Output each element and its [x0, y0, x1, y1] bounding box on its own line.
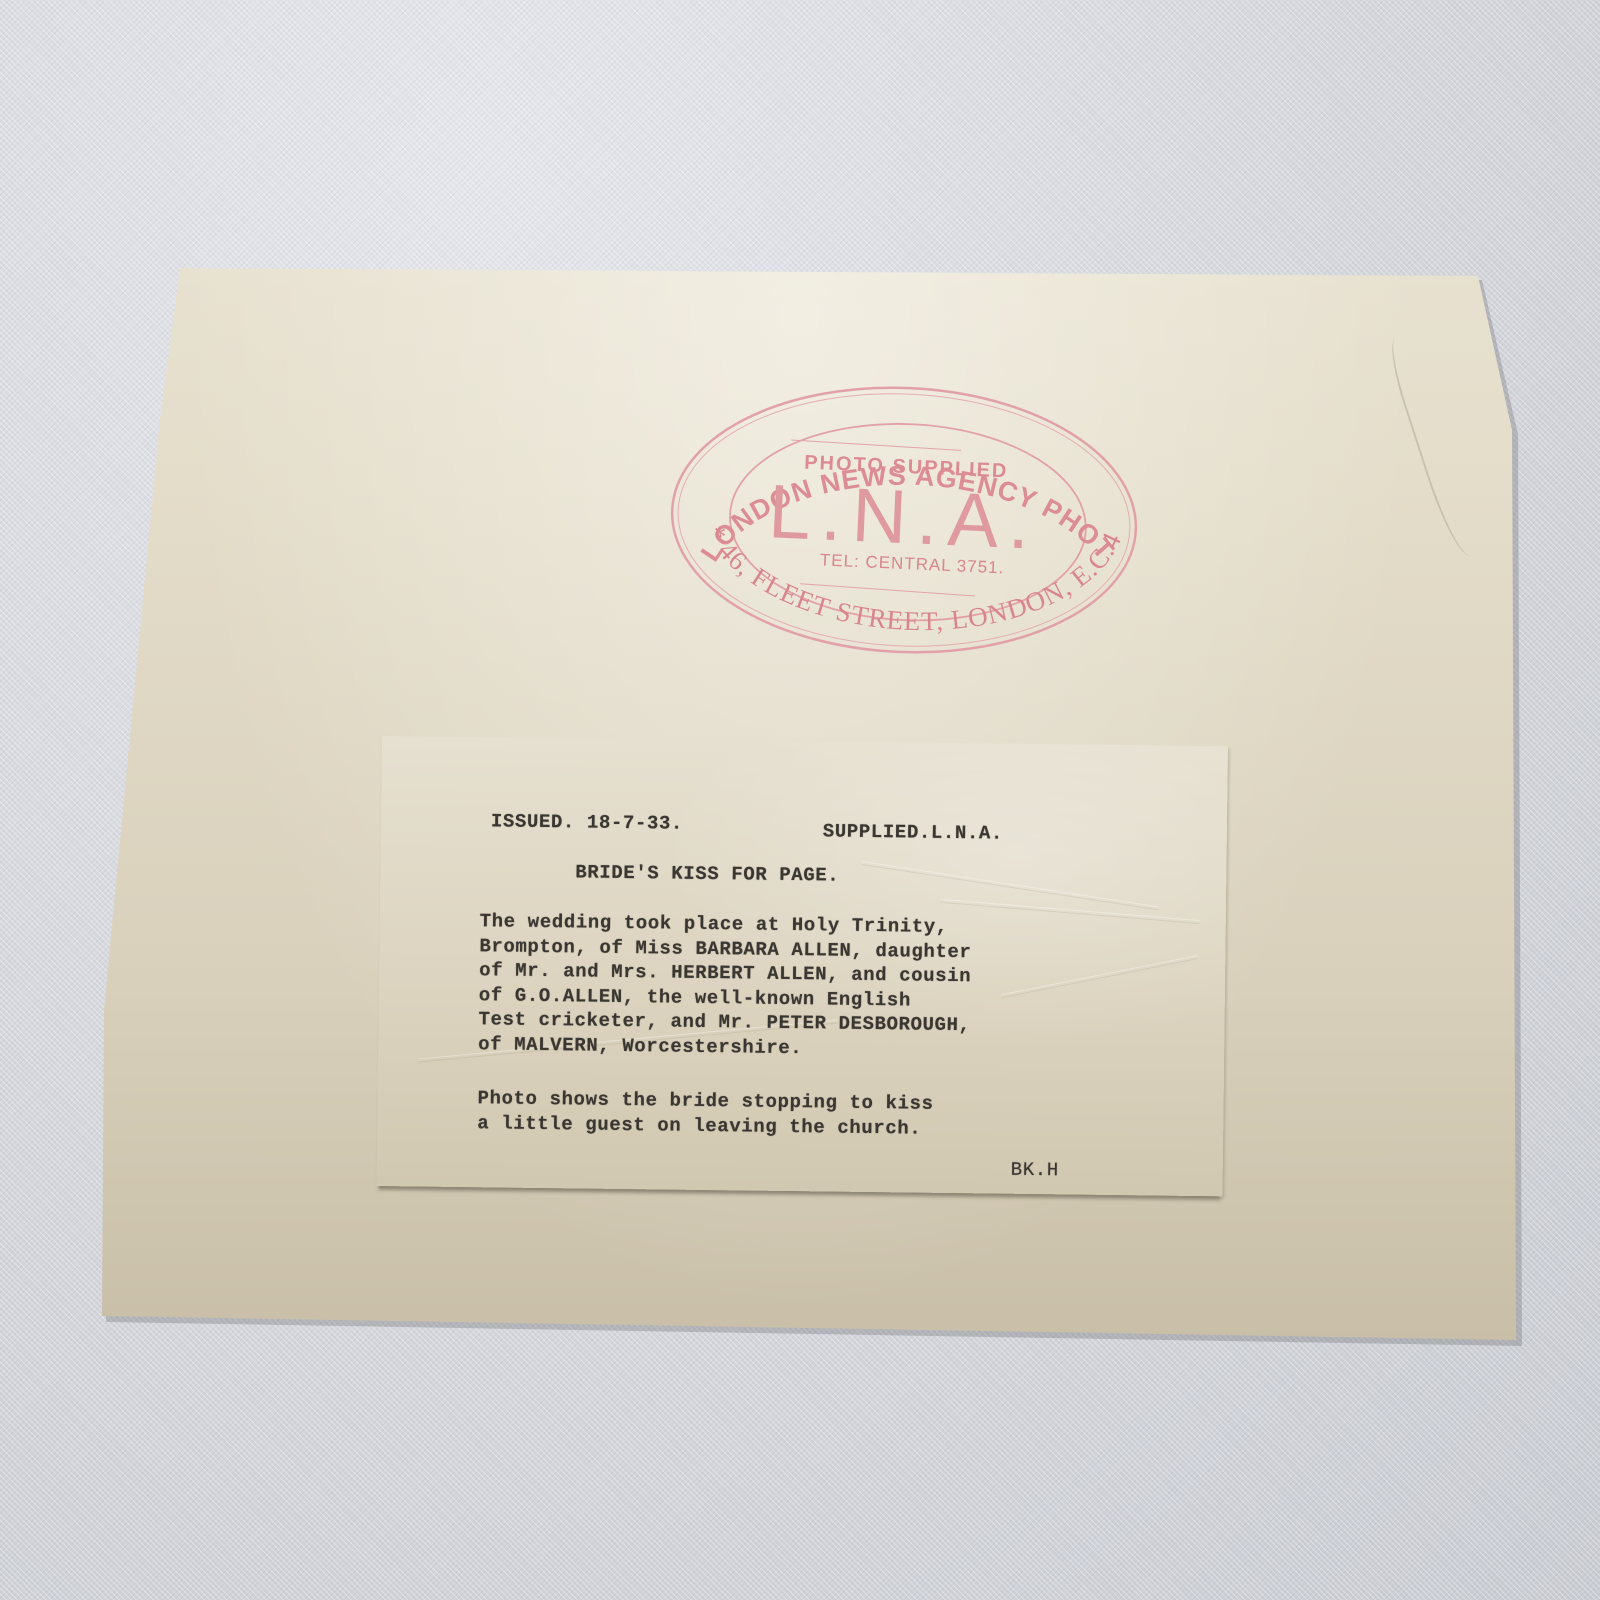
label-wrinkle — [862, 861, 1159, 910]
caption-paragraph-2: Photo shows the bride stopping to kiss a… — [477, 1086, 934, 1141]
stamp-inner: PHOTO SUPPLIED L.N.A. TEL: CENTRAL 3751. — [662, 374, 1145, 666]
caption-line: a little guest on leaving the church. — [477, 1111, 933, 1141]
typist-initials: BK.H — [1011, 1159, 1059, 1182]
caption-label: ISSUED. 18-7-33. SUPPLIED.L.N.A. BRIDE'S… — [377, 736, 1228, 1196]
caption-headline: BRIDE'S KISS FOR PAGE. — [575, 861, 839, 886]
stamp-rule-top — [791, 440, 961, 451]
stamp-rule-bottom — [800, 583, 975, 596]
issued-date: ISSUED. 18-7-33. — [491, 810, 683, 834]
caption-paragraph-1: The wedding took place at Holy Trinity, … — [478, 909, 972, 1062]
agency-stamp: LONDON NEWS AGENCY PHOTOS LTD. * 46, FLE… — [662, 374, 1145, 666]
label-wrinkle — [1001, 955, 1198, 998]
label-wrinkle — [940, 899, 1199, 924]
supplied-by: SUPPLIED.L.N.A. — [823, 820, 1003, 844]
